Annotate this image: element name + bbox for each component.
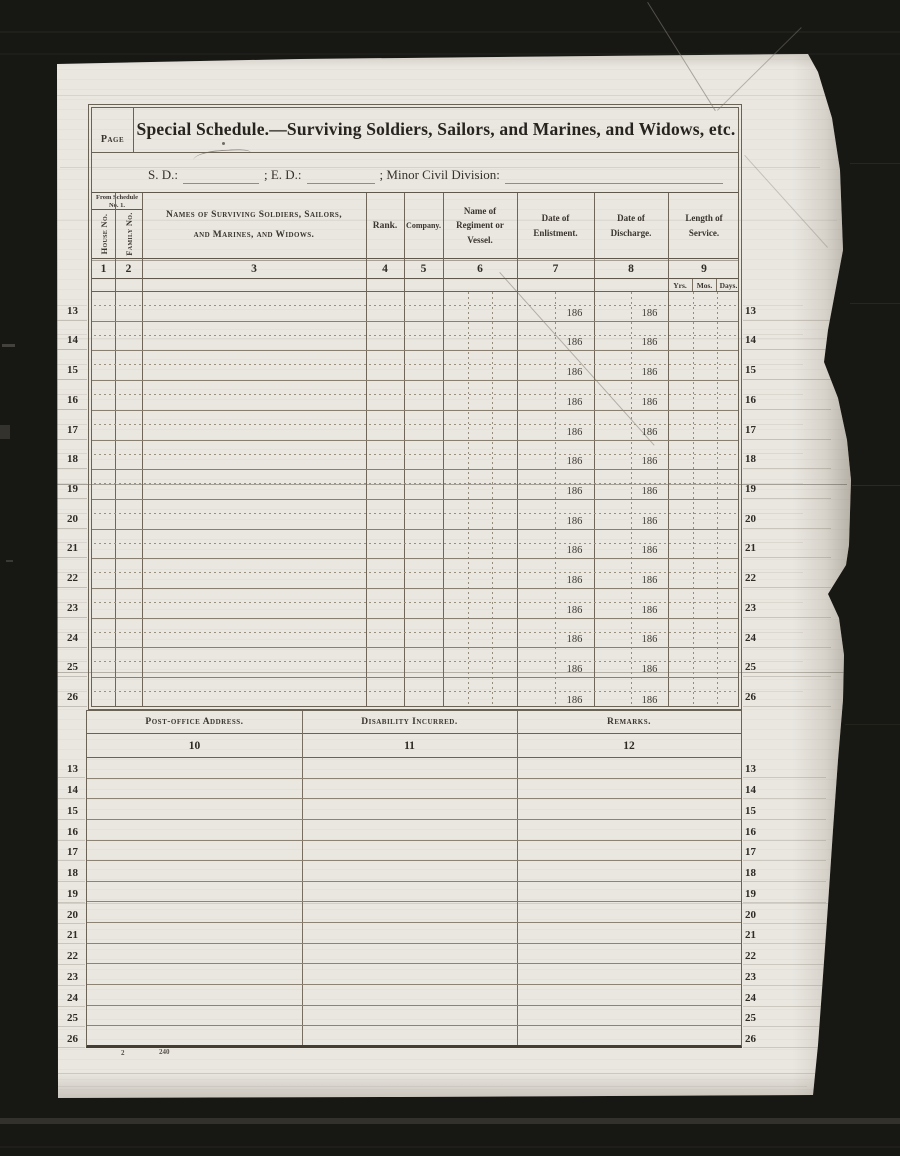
sd-blank-line: [183, 180, 259, 184]
schedule-row: 186186: [92, 619, 738, 649]
margin-tick: [57, 798, 85, 799]
enlistment-year-prefix: 186: [555, 575, 594, 586]
subheader-days: Days.: [717, 279, 740, 291]
schedule-row: 186186: [92, 530, 738, 560]
paper: Page Special Schedule.—Surviving Soldier…: [0, 0, 900, 1156]
margin-tick: [57, 706, 87, 707]
margin-tick: [743, 572, 803, 573]
margin-tick: [743, 587, 831, 588]
margin-tick: [57, 819, 85, 820]
margin-tick: [743, 798, 826, 799]
row-dotted-line: [94, 513, 736, 514]
address-row: [87, 1006, 741, 1027]
scan-streak: [845, 724, 900, 725]
col-header-family-no: Family No.: [115, 210, 142, 258]
margin-tick: [57, 902, 85, 903]
enlistment-year-prefix: 186: [555, 456, 594, 467]
margin-tick: [743, 409, 831, 410]
lower-table-inner: Post-office Address. Disability Incurred…: [87, 711, 741, 1045]
col-header-discharge: Date of Discharge.: [594, 193, 668, 258]
scan-streak: [0, 1146, 900, 1148]
col-header-disability: Disability Incurred.: [302, 711, 517, 733]
enlistment-year-prefix: 186: [555, 367, 594, 378]
lower-column-numbers: 10 11 12: [87, 734, 741, 758]
margin-tick: [57, 320, 87, 321]
margin-tick: [743, 305, 803, 306]
subheader-mos: Mos.: [693, 279, 717, 291]
margin-tick: [57, 602, 87, 603]
margin-tick: [743, 617, 831, 618]
col-header-rank: Rank.: [366, 193, 404, 258]
column-numbers: 1 2 3 4 5 6 7 8 9: [92, 259, 738, 279]
margin-tick: [743, 334, 803, 335]
ed-blank-line: [307, 180, 375, 184]
margin-tick: [743, 1006, 826, 1007]
address-row: [87, 758, 741, 779]
margin-tick: [743, 943, 826, 944]
schedule-row: 186186: [92, 381, 738, 411]
margin-tick: [743, 902, 826, 903]
margin-tick: [743, 1047, 826, 1048]
row-dotted-line: [94, 335, 736, 336]
margin-tick: [743, 394, 803, 395]
district-line: S. D.: ; E. D.: ; Minor Civil Division:: [92, 153, 738, 193]
row-dotted-line: [94, 632, 736, 633]
margin-tick: [57, 881, 85, 882]
margin-tick: [57, 964, 85, 965]
schedule-row: 186186: [92, 292, 738, 322]
discharge-year-prefix: 186: [631, 605, 668, 616]
row-dotted-line: [94, 305, 736, 306]
margin-tick: [743, 777, 826, 778]
margin-tick: [57, 1047, 85, 1048]
col-header-house-no: House No.: [92, 210, 115, 258]
address-row: [87, 841, 741, 862]
enlistment-year-prefix: 186: [555, 308, 594, 319]
margin-tick: [743, 691, 803, 692]
address-row: [87, 944, 741, 965]
margin-tick: [743, 661, 803, 662]
margin-tick: [743, 424, 803, 425]
margin-tick: [57, 364, 87, 365]
row-dotted-line: [94, 543, 736, 544]
discharge-year-prefix: 186: [631, 337, 668, 348]
col-number-5: 5: [404, 259, 443, 278]
margin-tick: [743, 985, 826, 986]
margin-tick: [57, 617, 87, 618]
address-row: [87, 882, 741, 903]
col-header-service: Length of Service.: [668, 193, 740, 258]
col-header-remarks: Remarks.: [517, 711, 741, 733]
schedule-row: 186186: [92, 500, 738, 530]
margin-tick: [57, 923, 85, 924]
upper-rows: 1861861861861861861861861861861861861861…: [92, 292, 738, 706]
row-dotted-line: [94, 572, 736, 573]
enlistment-year-prefix: 186: [555, 486, 594, 497]
discharge-year-prefix: 186: [631, 367, 668, 378]
margin-tick: [743, 881, 826, 882]
margin-tick: [743, 676, 831, 677]
col-header-post-office: Post-office Address.: [87, 711, 302, 733]
row-dotted-line: [94, 602, 736, 603]
schedule-row: 186186: [92, 470, 738, 500]
enlistment-year-prefix: 186: [555, 427, 594, 438]
discharge-year-prefix: 186: [631, 664, 668, 675]
scan-streak: [850, 303, 900, 304]
enlistment-year-prefix: 186: [555, 634, 594, 645]
row-dotted-line: [94, 394, 736, 395]
discharge-year-prefix: 186: [631, 575, 668, 586]
row-dotted-line: [94, 483, 736, 484]
enlistment-year-prefix: 186: [555, 337, 594, 348]
enlistment-year-prefix: 186: [555, 664, 594, 675]
scan-streak: [57, 95, 827, 96]
mcd-blank-line: [505, 180, 723, 184]
discharge-year-prefix: 186: [631, 486, 668, 497]
address-row: [87, 820, 741, 841]
col-number-7: 7: [517, 259, 594, 278]
scan-streak: [852, 485, 900, 486]
address-row: [87, 779, 741, 800]
subheader-yrs: Yrs.: [668, 279, 693, 291]
margin-tick: [743, 923, 826, 924]
scan-streak: [0, 425, 10, 439]
margin-tick: [57, 334, 87, 335]
margin-tick: [743, 483, 803, 484]
scanned-document: Page Special Schedule.—Surviving Soldier…: [0, 0, 900, 1156]
row-dotted-line: [94, 424, 736, 425]
title-band: Page Special Schedule.—Surviving Soldier…: [92, 108, 738, 153]
margin-tick: [57, 453, 87, 454]
schedule-row: 186186: [92, 411, 738, 441]
scan-streak: [6, 560, 13, 562]
margin-tick: [57, 305, 87, 306]
margin-tick: [743, 364, 803, 365]
lower-rows: [87, 758, 741, 1045]
ed-label: ; E. D.:: [264, 167, 302, 184]
margin-tick: [743, 1026, 826, 1027]
mcd-label: ; Minor Civil Division:: [380, 167, 500, 184]
margin-tick: [57, 424, 87, 425]
page-label: Page: [92, 108, 134, 152]
row-dotted-line: [94, 661, 736, 662]
margin-tick: [743, 647, 831, 648]
enlistment-year-prefix: 186: [555, 605, 594, 616]
col-number-1: 1: [92, 259, 115, 278]
col-number-6: 6: [443, 259, 517, 278]
paper-top-shadow: [57, 54, 837, 68]
address-row: [87, 902, 741, 923]
schedule-row: 186186: [92, 322, 738, 352]
margin-tick: [743, 513, 803, 514]
enlistment-year-prefix: 186: [555, 545, 594, 556]
schedule-row: 186186: [92, 678, 738, 706]
schedule-row: 186186: [92, 441, 738, 471]
paper-bottom-shadow: [57, 1072, 847, 1098]
col-number-2: 2: [115, 259, 142, 278]
margin-tick: [743, 706, 831, 707]
margin-tick: [743, 860, 826, 861]
row-dotted-line: [94, 691, 736, 692]
col-number-12: 12: [517, 734, 741, 757]
col-header-names: Names of Surviving Soldiers, Sailors, an…: [142, 193, 366, 258]
margin-tick: [57, 394, 87, 395]
margin-tick: [743, 453, 803, 454]
margin-tick: [57, 513, 87, 514]
address-row: [87, 985, 741, 1006]
margin-tick: [57, 840, 85, 841]
discharge-year-prefix: 186: [631, 308, 668, 319]
margin-tick: [743, 602, 803, 603]
margin-tick: [57, 661, 87, 662]
discharge-year-prefix: 186: [631, 456, 668, 467]
lower-table: Post-office Address. Disability Incurred…: [86, 710, 742, 1048]
discharge-year-prefix: 186: [631, 427, 668, 438]
col-number-11: 11: [302, 734, 517, 757]
margin-tick: [743, 320, 831, 321]
margin-tick: [743, 557, 831, 558]
discharge-year-prefix: 186: [631, 516, 668, 527]
col-header-enlistment: Date of Enlistment.: [517, 193, 594, 258]
margin-tick: [57, 572, 87, 573]
margin-tick: [57, 349, 87, 350]
column-headers: From Schedule No. 1. House No. Family No…: [92, 193, 738, 259]
address-row: [87, 1026, 741, 1045]
enlistment-year-prefix: 186: [555, 516, 594, 527]
margin-tick: [57, 860, 85, 861]
margin-tick: [743, 468, 831, 469]
col-header-regiment: Name of Regiment or Vessel.: [443, 193, 517, 258]
scan-streak: [2, 344, 15, 347]
margin-tick: [57, 632, 87, 633]
margin-tick: [743, 964, 826, 965]
margin-tick: [57, 498, 87, 499]
form-title: Special Schedule.—Surviving Soldiers, Sa…: [134, 108, 738, 152]
margin-tick: [57, 647, 87, 648]
discharge-year-prefix: 186: [631, 545, 668, 556]
margin-tick: [743, 379, 831, 380]
enlistment-year-prefix: 186: [555, 695, 594, 706]
margin-tick: [57, 379, 87, 380]
margin-tick: [743, 819, 826, 820]
margin-tick: [743, 840, 826, 841]
footer-mark: 2: [121, 1049, 125, 1057]
col-header-company: Company.: [404, 193, 443, 258]
schedule-row: 186186: [92, 648, 738, 678]
margin-tick: [57, 985, 85, 986]
margin-tick: [57, 542, 87, 543]
schedule-row: 186186: [92, 589, 738, 619]
col-number-3: 3: [142, 259, 366, 278]
schedule-row: 186186: [92, 559, 738, 589]
margin-tick: [57, 777, 85, 778]
margin-tick: [57, 468, 87, 469]
col-number-10: 10: [87, 734, 302, 757]
lower-column-headers: Post-office Address. Disability Incurred…: [87, 711, 741, 734]
col-number-4: 4: [366, 259, 404, 278]
margin-tick: [57, 1026, 85, 1027]
margin-tick: [57, 691, 87, 692]
discharge-year-prefix: 186: [631, 695, 668, 706]
margin-tick: [57, 943, 85, 944]
sd-label: S. D.:: [148, 167, 178, 184]
margin-tick: [743, 439, 831, 440]
col-number-8: 8: [594, 259, 668, 278]
margin-tick: [57, 557, 87, 558]
margin-tick: [743, 528, 831, 529]
enlistment-year-prefix: 186: [555, 397, 594, 408]
margin-tick: [743, 349, 831, 350]
service-subheaders: Yrs. Mos. Days.: [92, 279, 738, 292]
margin-tick: [743, 498, 831, 499]
margin-tick: [57, 587, 87, 588]
scan-streak: [0, 31, 900, 33]
row-dotted-line: [94, 454, 736, 455]
margin-tick: [743, 632, 803, 633]
row-dotted-line: [94, 364, 736, 365]
footer-mark: 240: [159, 1048, 170, 1056]
margin-tick: [57, 676, 87, 677]
address-row: [87, 964, 741, 985]
margin-tick: [57, 409, 87, 410]
scan-streak: [850, 163, 900, 164]
address-row: [87, 861, 741, 882]
discharge-year-prefix: 186: [631, 634, 668, 645]
margin-tick: [57, 1006, 85, 1007]
from-schedule-note: From Schedule No. 1.: [92, 193, 142, 210]
margin-tick: [57, 528, 87, 529]
address-row: [87, 923, 741, 944]
margin-tick: [743, 542, 803, 543]
upper-table: Page Special Schedule.—Surviving Soldier…: [88, 104, 742, 710]
margin-tick: [57, 439, 87, 440]
col-number-9: 9: [668, 259, 740, 278]
discharge-year-prefix: 186: [631, 397, 668, 408]
schedule-row: 186186: [92, 351, 738, 381]
scan-streak: [0, 1118, 900, 1124]
margin-tick: [57, 483, 87, 484]
upper-table-inner-border: Page Special Schedule.—Surviving Soldier…: [91, 107, 739, 707]
address-row: [87, 799, 741, 820]
